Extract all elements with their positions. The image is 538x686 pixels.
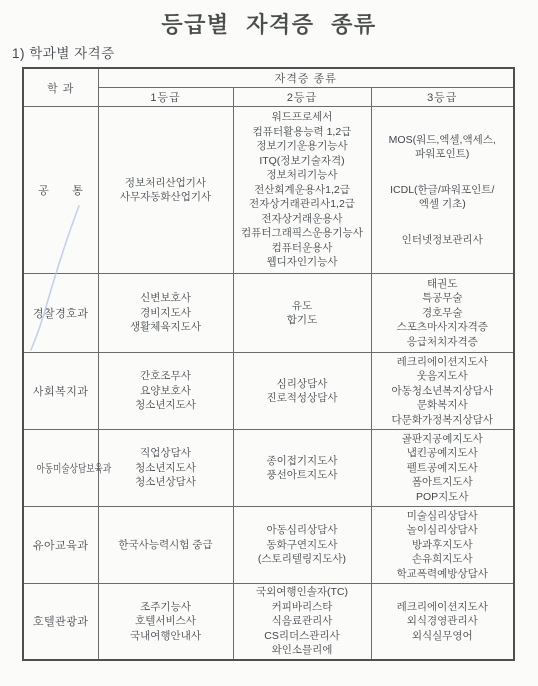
certificate-line: 직업상담사	[101, 446, 231, 461]
certificate-line: 동화구연지도사	[236, 538, 369, 553]
certificate-line: 종이접기지도사	[236, 454, 369, 469]
certificate-line: 청소년지도사	[101, 398, 231, 413]
certificate-line: 응급처치자격증	[374, 335, 512, 350]
certificate-line: 미술심리상담사	[374, 509, 512, 524]
certificate-line: 냅킨공예지도사	[374, 446, 512, 461]
certificate-line: 놀이심리상담사	[374, 523, 512, 538]
certificate-line: MOS(워드,엑셀,액세스,	[374, 133, 512, 148]
certificate-line: 정보기기운용기능사	[236, 139, 369, 154]
certificate-line	[374, 162, 512, 183]
certificate-line: 국외여행인솔자(TC)	[236, 585, 369, 600]
grade-3-cell: 태권도특공무술경호무술스포츠마사지자격증응급처치자격증	[371, 274, 514, 353]
grade-3-cell: 레크리에이션지도사웃음지도사아동청소년복지상담사문화복지사다문화가정복지상담사	[371, 353, 514, 430]
certificate-line: 아동청소년복지상담사	[374, 384, 512, 399]
certificate-line: 레크리에이션지도사	[374, 355, 512, 370]
certificate-line: 합기도	[236, 313, 369, 328]
grade-1-cell: 신변보호사경비지도사생활체육지도사	[98, 274, 233, 353]
certificate-line: 태권도	[374, 277, 512, 292]
grade-1-cell: 정보처리산업기사사무자동화산업기사	[98, 107, 233, 274]
column-header-cert-types: 자격증 종류	[98, 68, 514, 88]
certificate-line: 웹디자인기능사	[236, 255, 369, 270]
certificate-line: 컴퓨터활용능력 1,2급	[236, 125, 369, 140]
certificate-line: 골판지공예지도사	[374, 432, 512, 447]
table-row-child-art: 아동미술상담보육과 직업상담사청소년지도사청소년상담사 종이접기지도사풍선아트지…	[23, 430, 514, 507]
certificate-line: 파워포인트)	[374, 147, 512, 162]
table-header-row-top: 학 과 자격증 종류	[23, 68, 514, 88]
department-name: 아동미술상담보육과	[37, 460, 112, 476]
certificate-line: 정보처리기능사	[236, 168, 369, 183]
certificate-line: ICDL(한글/파워포인트/	[374, 183, 512, 198]
column-header-department: 학 과	[23, 68, 98, 107]
certificate-line: 인터넷정보관리사	[374, 233, 512, 248]
certificate-line: 펠트공예지도사	[374, 461, 512, 476]
certificate-line: 손유희지도사	[374, 552, 512, 567]
certificate-line: 식음료관리사	[236, 614, 369, 629]
certificate-line: POP지도사	[374, 490, 512, 505]
page-title: 등급별 자격증 종류	[0, 8, 538, 39]
certificate-line: 경비지도사	[101, 306, 231, 321]
certificate-line: 조주기능사	[101, 600, 231, 615]
grade-2-cell: 국외여행인솔자(TC)커피바리스타식음료관리사CS리더스관리사와인소믈리에	[233, 584, 371, 660]
department-cell: 호텔관광과	[23, 584, 98, 660]
department-cell: 공 통	[23, 107, 98, 274]
grade-2-cell: 종이접기지도사풍선아트지도사	[233, 430, 371, 507]
department-cell: 사회복지과	[23, 353, 98, 430]
table-row-hotel-tourism: 호텔관광과 조주기능사호텔서비스사국내여행안내사 국외여행인솔자(TC)커피바리…	[23, 584, 514, 660]
certificate-line: 다문화가정복지상담사	[374, 413, 512, 428]
grade-1-cell: 직업상담사청소년지도사청소년상담사	[98, 430, 233, 507]
certificate-line: 외식실무영어	[374, 629, 512, 644]
table-row-early-childhood: 유아교육과 한국사능력시험 중급 아동심리상담사동화구연지도사(스토리텔링지도사…	[23, 507, 514, 584]
certificate-table: 학 과 자격증 종류 1등급 2등급 3등급 공 통 정보처리산업기사사무자동화…	[22, 67, 515, 661]
certificate-line: 커피바리스타	[236, 600, 369, 615]
certificate-line: 방과후지도사	[374, 538, 512, 553]
grade-3-cell: 레크리에이션지도사외식경영관리사외식실무영어	[371, 584, 514, 660]
certificate-line: 청소년지도사	[101, 461, 231, 476]
grade-3-cell: 골판지공예지도사냅킨공예지도사펠트공예지도사폼아트지도사POP지도사	[371, 430, 514, 507]
department-name: 사회복지과	[33, 383, 89, 399]
department-cell: 아동미술상담보육과	[23, 430, 98, 507]
certificate-line: 생활체육지도사	[101, 320, 231, 335]
table-row-common: 공 통 정보처리산업기사사무자동화산업기사 워드프로세서컴퓨터활용능력 1,2급…	[23, 107, 514, 274]
certificate-line	[374, 212, 512, 233]
certificate-line: 전자상거래운용사	[236, 212, 369, 227]
certificate-line: 엑셀 기초)	[374, 197, 512, 212]
certificate-line: (스토리텔링지도사)	[236, 552, 369, 567]
document-page: 등급별 자격증 종류 1) 학과별 자격증 학 과 자격증 종류 1등급 2등급…	[0, 0, 538, 686]
certificate-line: 워드프로세서	[236, 110, 369, 125]
department-name: 경찰경호과	[33, 305, 89, 321]
department-cell: 경찰경호과	[23, 274, 98, 353]
certificate-line: 청소년상담사	[101, 475, 231, 490]
certificate-line: 한국사능력시험 중급	[101, 538, 231, 553]
grade-3-cell: MOS(워드,엑셀,액세스,파워포인트)ICDL(한글/파워포인트/엑셀 기초)…	[371, 107, 514, 274]
department-cell: 유아교육과	[23, 507, 98, 584]
grade-1-cell: 조주기능사호텔서비스사국내여행안내사	[98, 584, 233, 660]
column-header-grade-3: 3등급	[371, 88, 514, 107]
certificate-line: 레크리에이션지도사	[374, 600, 512, 615]
certificate-line: 외식경영관리사	[374, 614, 512, 629]
certificate-line: 컴퓨터운용사	[236, 241, 369, 256]
certificate-line: 스포츠마사지자격증	[374, 320, 512, 335]
certificate-line: ITQ(정보기술자격)	[236, 154, 369, 169]
certificate-line: 유도	[236, 299, 369, 314]
certificate-line: 전산회계운용사1,2급	[236, 183, 369, 198]
grade-1-cell: 한국사능력시험 중급	[98, 507, 233, 584]
certificate-line: 호텔서비스사	[101, 614, 231, 629]
department-name: 호텔관광과	[33, 613, 89, 629]
certificate-line: 간호조무사	[101, 369, 231, 384]
department-name: 유아교육과	[33, 537, 89, 553]
grade-2-cell: 유도합기도	[233, 274, 371, 353]
certificate-line: 아동심리상담사	[236, 523, 369, 538]
column-header-grade-2: 2등급	[233, 88, 371, 107]
table-row-police: 경찰경호과 신변보호사경비지도사생활체육지도사 유도합기도 태권도특공무술경호무…	[23, 274, 514, 353]
grade-3-cell: 미술심리상담사놀이심리상담사방과후지도사손유희지도사학교폭력예방상담사	[371, 507, 514, 584]
certificate-line: 신변보호사	[101, 291, 231, 306]
certificate-line: 사무자동화산업기사	[101, 190, 231, 205]
certificate-line: 요양보호사	[101, 384, 231, 399]
certificate-line: 컴퓨터그래픽스운용기능사	[236, 226, 369, 241]
grade-1-cell: 간호조무사요양보호사청소년지도사	[98, 353, 233, 430]
certificate-line: CS리더스관리사	[236, 629, 369, 644]
certificate-line: 풍선아트지도사	[236, 468, 369, 483]
table-row-social-welfare: 사회복지과 간호조무사요양보호사청소년지도사 심리상담사진로적성상담사 레크리에…	[23, 353, 514, 430]
certificate-line: 학교폭력예방상담사	[374, 567, 512, 582]
certificate-line: 심리상담사	[236, 377, 369, 392]
section-heading: 1) 학과별 자격증	[12, 42, 115, 62]
certificate-line: 특공무술	[374, 291, 512, 306]
grade-2-cell: 심리상담사진로적성상담사	[233, 353, 371, 430]
certificate-line: 진로적성상담사	[236, 391, 369, 406]
department-name: 공 통	[38, 182, 83, 198]
certificate-line: 국내여행안내사	[101, 629, 231, 644]
grade-2-cell: 아동심리상담사동화구연지도사(스토리텔링지도사)	[233, 507, 371, 584]
column-header-grade-1: 1등급	[98, 88, 233, 107]
certificate-line: 와인소믈리에	[236, 643, 369, 658]
certificate-line: 문화복지사	[374, 398, 512, 413]
certificate-line: 전자상거래관리사1,2급	[236, 197, 369, 212]
certificate-line: 웃음지도사	[374, 369, 512, 384]
grade-2-cell: 워드프로세서컴퓨터활용능력 1,2급정보기기운용기능사ITQ(정보기술자격)정보…	[233, 107, 371, 274]
certificate-line: 폼아트지도사	[374, 475, 512, 490]
certificate-line: 정보처리산업기사	[101, 176, 231, 191]
certificate-line: 경호무술	[374, 306, 512, 321]
